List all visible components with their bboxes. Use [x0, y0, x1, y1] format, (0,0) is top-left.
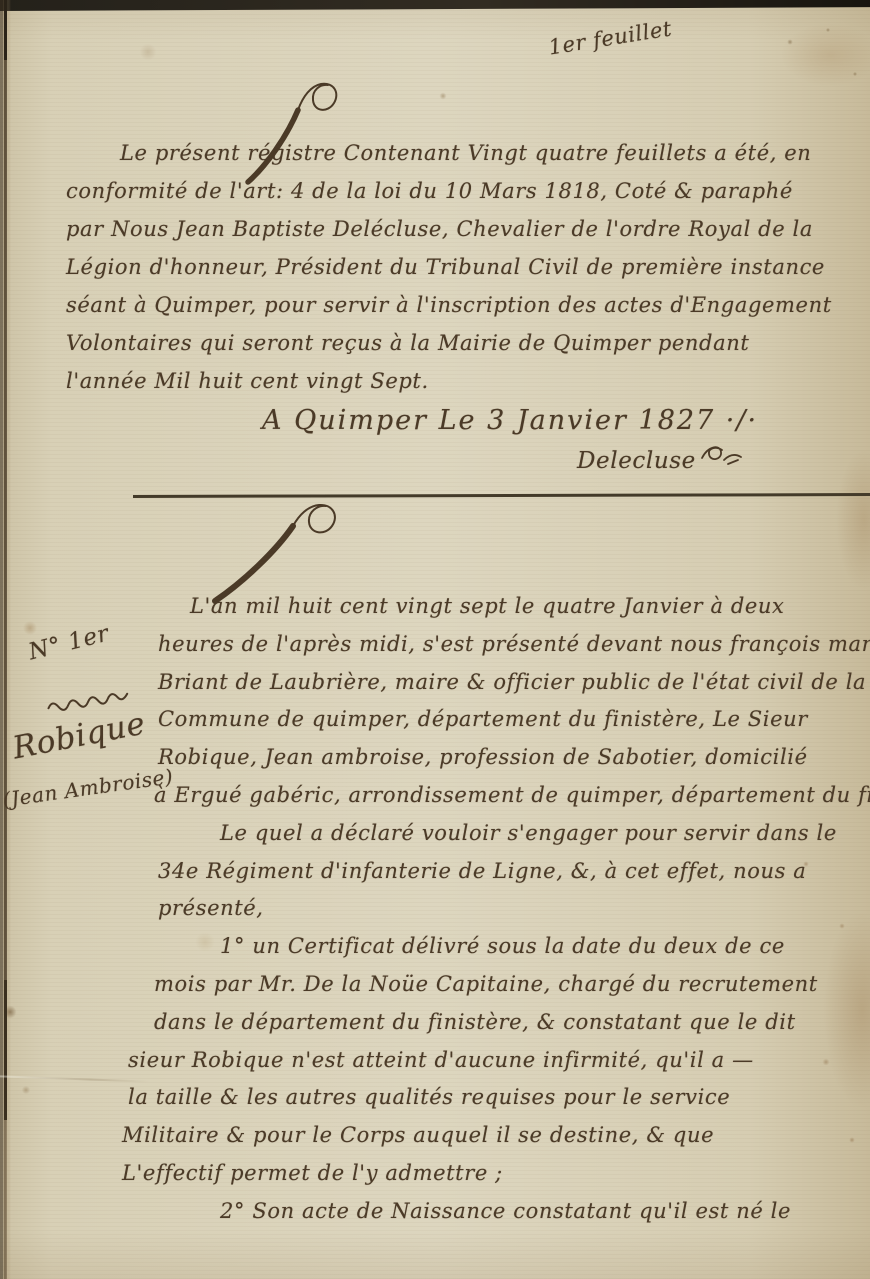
- signature-paraph-flourish: [700, 442, 744, 480]
- folio-note: 1er feuillet: [547, 16, 674, 59]
- manuscript-line: Le présent régistre Contenant Vingt quat…: [62, 134, 854, 172]
- manuscript-line: présenté,: [118, 890, 866, 928]
- manuscript-line: Volontaires qui seront reçus à la Mairie…: [62, 324, 854, 362]
- manuscript-line: Légion d'honneur, Président du Tribunal …: [62, 248, 854, 286]
- manuscript-line: conformité de l'art: 4 de la loi du 10 M…: [62, 172, 854, 210]
- manuscript-line: Le quel a déclaré vouloir s'engager pour…: [118, 815, 866, 853]
- manuscript-line: dans le département du finistère, & cons…: [118, 1004, 866, 1042]
- preamble-paragraph: Le présent régistre Contenant Vingt quat…: [62, 134, 854, 480]
- manuscript-line: 34e Régiment d'infanterie de Ligne, &, à…: [118, 853, 866, 891]
- manuscript-line: à Ergué gabéric, arrondissement de quimp…: [118, 777, 866, 815]
- margin-note-number: N° 1er: [26, 620, 112, 665]
- manuscript-line: séant à Quimper, pour servir à l'inscrip…: [62, 286, 854, 324]
- act-paragraph: L'an mil huit cent vingt sept le quatre …: [118, 588, 866, 1231]
- book-edge-top: [0, 0, 870, 11]
- manuscript-line: L'effectif permet de l'y admettre ;: [118, 1155, 866, 1193]
- section-divider: [133, 493, 870, 498]
- manuscript-page: 1er feuillet Le présent régistre Contena…: [0, 0, 870, 1279]
- manuscript-line: la taille & les autres qualités requises…: [118, 1079, 866, 1117]
- manuscript-line: Briant de Laubrière, maire & officier pu…: [118, 664, 866, 702]
- manuscript-line: sieur Robique n'est atteint d'aucune inf…: [118, 1042, 866, 1080]
- manuscript-line: Militaire & pour le Corps auquel il se d…: [118, 1117, 866, 1155]
- binding-line: [4, 0, 7, 1279]
- manuscript-line: heures de l'après midi, s'est présenté d…: [118, 626, 866, 664]
- signature-name: Delecluse: [577, 442, 696, 480]
- manuscript-line: Commune de quimper, département du finis…: [118, 701, 866, 739]
- dateline: A Quimper Le 3 Janvier 1827 ·/·: [62, 402, 854, 440]
- manuscript-line: Robique, Jean ambroise, profession de Sa…: [118, 739, 866, 777]
- manuscript-line: par Nous Jean Baptiste Delécluse, Cheval…: [62, 210, 854, 248]
- manuscript-line: l'année Mil huit cent vingt Sept.: [62, 362, 854, 400]
- manuscript-line: 1° un Certificat délivré sous la date du…: [118, 928, 866, 966]
- signature-line: Delecluse: [62, 442, 854, 480]
- manuscript-line: mois par Mr. De la Noüe Capitaine, charg…: [118, 966, 866, 1004]
- manuscript-line: L'an mil huit cent vingt sept le quatre …: [118, 588, 866, 626]
- manuscript-line: 2° Son acte de Naissance constatant qu'i…: [118, 1193, 866, 1231]
